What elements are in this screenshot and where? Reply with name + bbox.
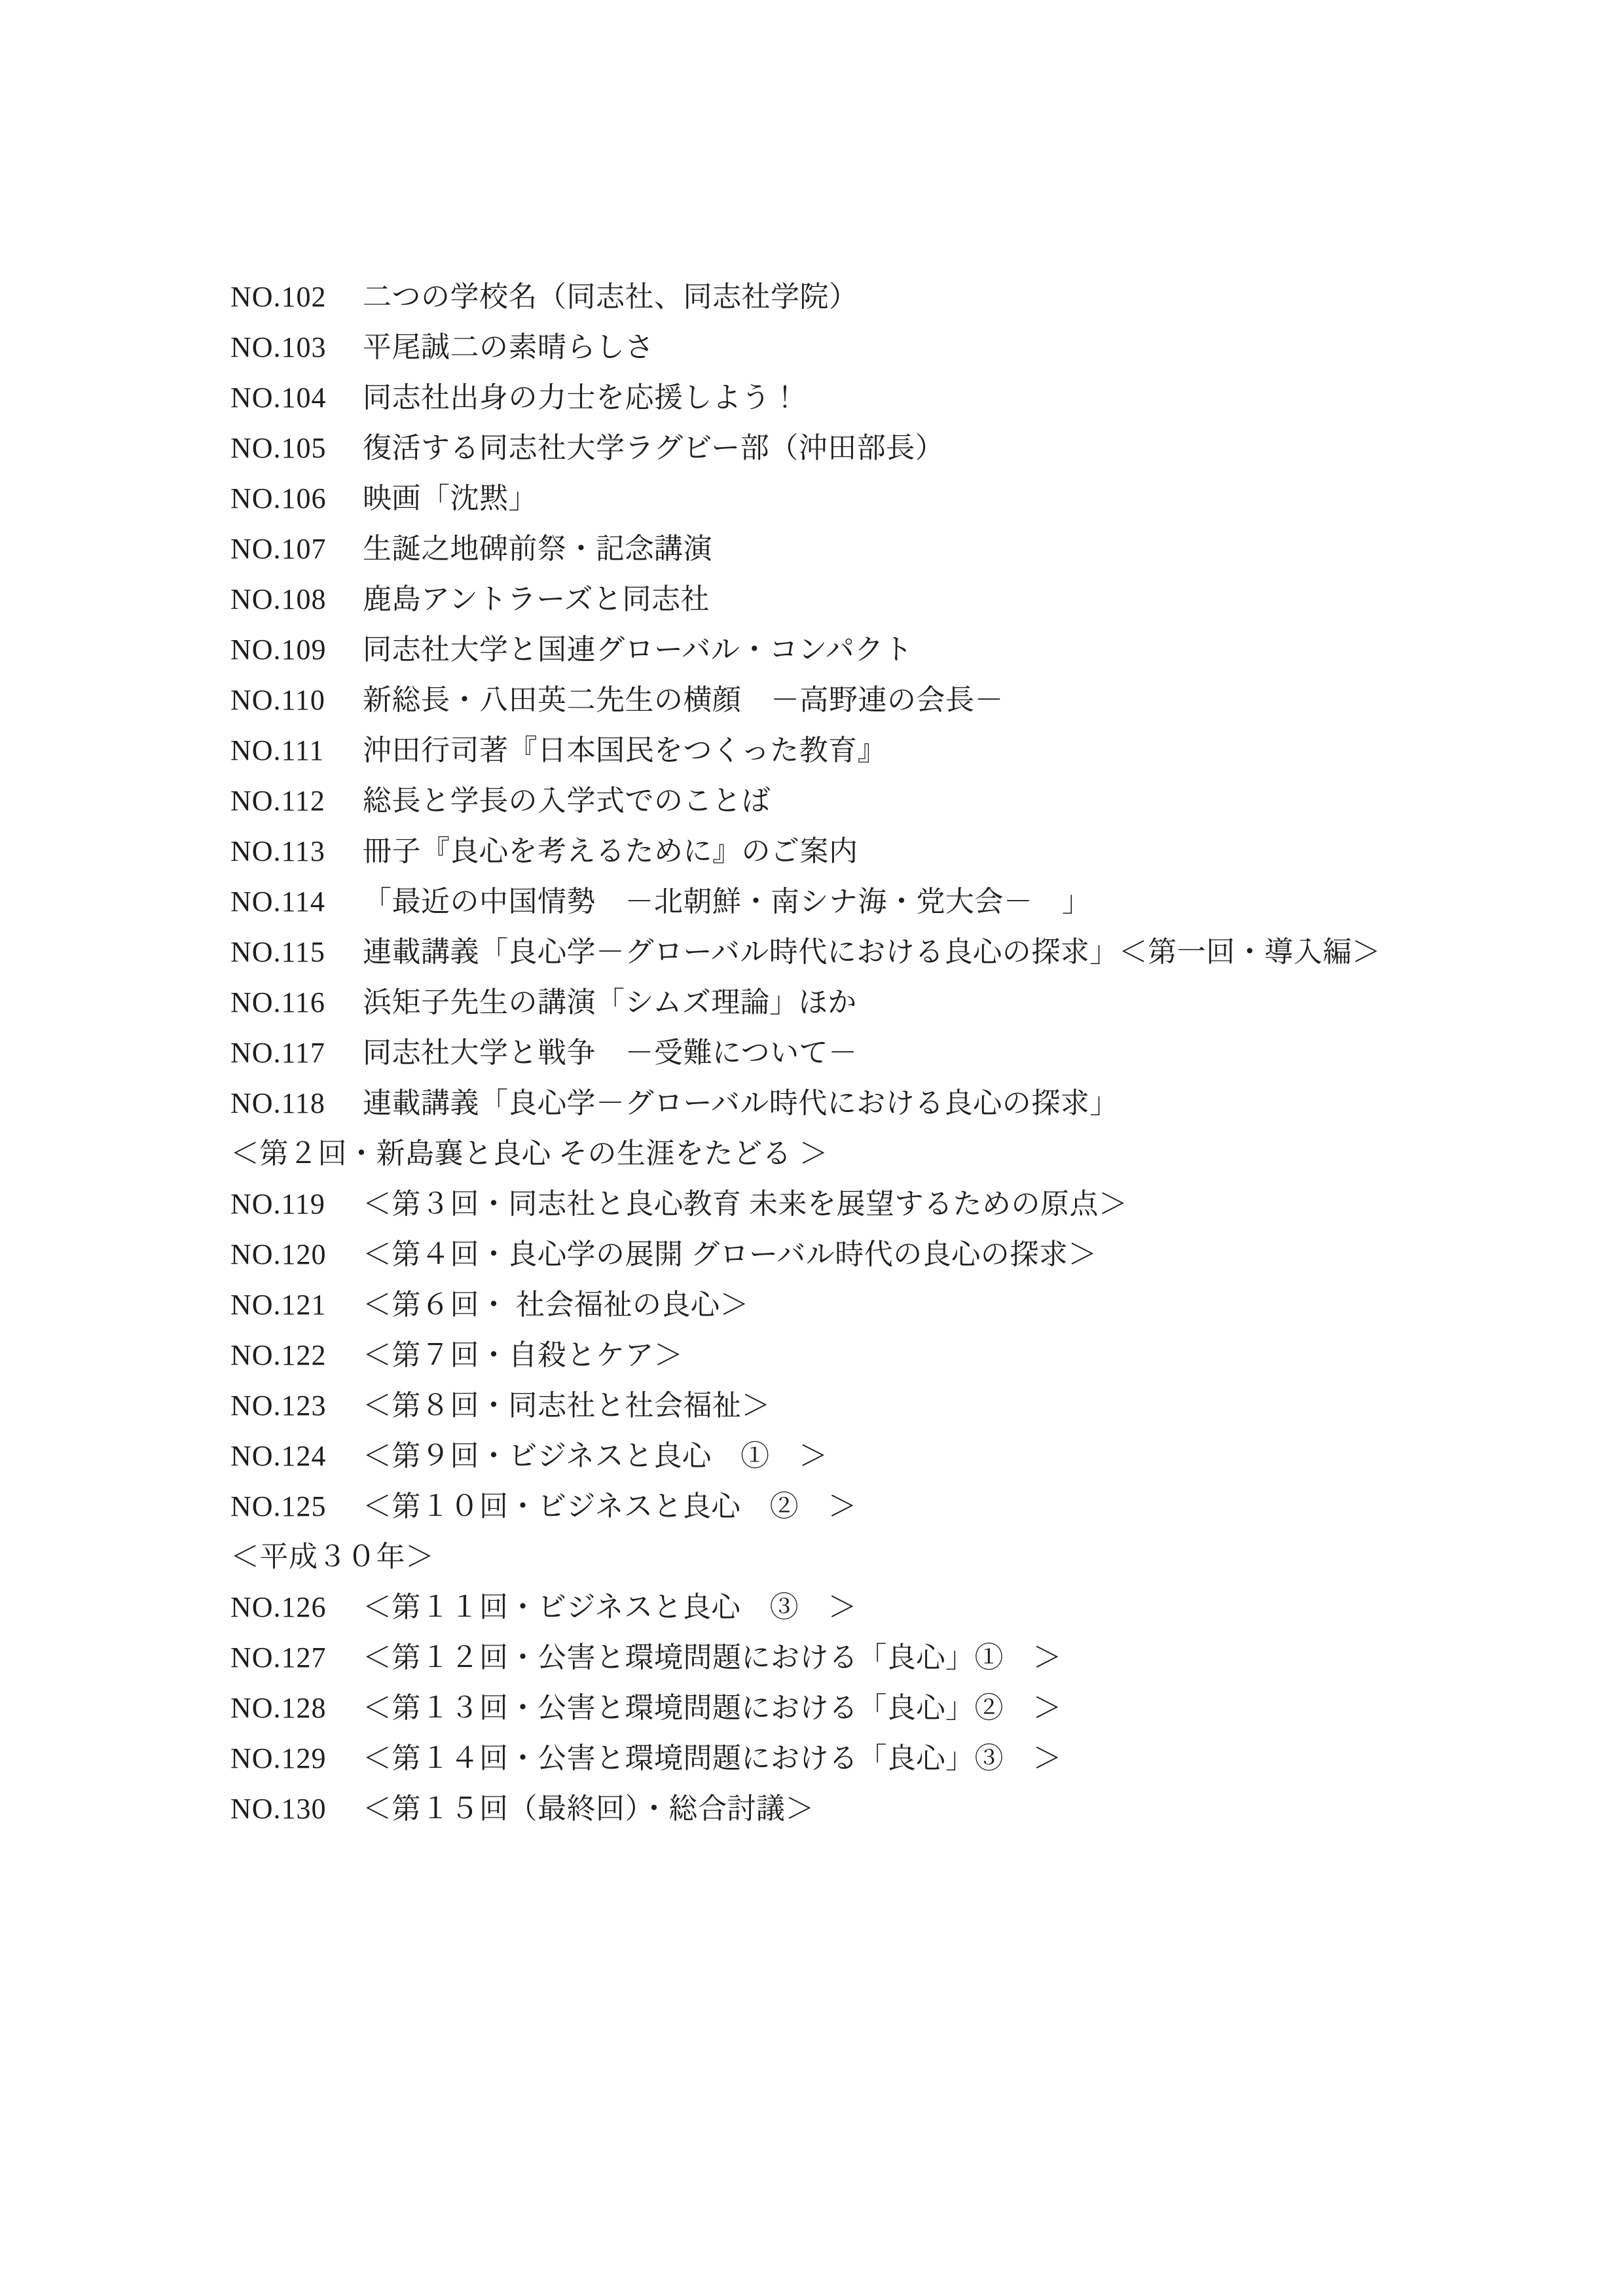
toc-row: NO.126 ＜第１１回・ビジネスと良心 ③ ＞ <box>230 1582 1544 1632</box>
item-title: 浜矩子先生の講演「シムズ理論」ほか <box>363 977 857 1028</box>
toc-row: ＜第２回・新島襄と良心 その生涯をたどる ＞ <box>230 1128 1544 1179</box>
item-title: ＜第１３回・公害と環境問題における「良心」② ＞ <box>363 1683 1062 1733</box>
document-page: NO.102 二つの学校名（同志社、同志社学院） NO.103 平尾誠二の素晴ら… <box>0 0 1623 2296</box>
item-title: ＜第８回・同志社と社会福祉＞ <box>363 1380 771 1431</box>
toc-row: NO.123 ＜第８回・同志社と社会福祉＞ <box>230 1380 1544 1431</box>
item-title: 「最近の中国情勢 －北朝鮮・南シナ海・党大会－ 」 <box>363 876 1091 927</box>
item-number: NO.117 <box>230 1028 363 1078</box>
item-title: ＜第６回・ 社会福祉の良心＞ <box>363 1280 749 1330</box>
item-title: ＜平成３０年＞ <box>230 1532 435 1582</box>
item-title: 連載講義「良心学－グローバル時代における良心の探求」 <box>363 1078 1119 1128</box>
item-title: 生誕之地碑前祭・記念講演 <box>363 524 712 574</box>
item-number: NO.103 <box>230 322 363 372</box>
item-number: NO.114 <box>230 876 363 927</box>
item-number: NO.128 <box>230 1683 363 1733</box>
item-title: ＜第１４回・公害と環境問題における「良心」③ ＞ <box>363 1733 1062 1784</box>
item-title: 同志社出身の力士を応援しよう！ <box>363 372 800 423</box>
item-title: ＜第４回・良心学の展開 グローバル時代の良心の探求＞ <box>363 1229 1097 1280</box>
toc-row: NO.128 ＜第１３回・公害と環境問題における「良心」② ＞ <box>230 1683 1544 1733</box>
item-title: ＜第１０回・ビジネスと良心 ② ＞ <box>363 1481 857 1532</box>
item-title: 鹿島アントラーズと同志社 <box>363 574 710 624</box>
item-number: NO.112 <box>230 776 363 826</box>
toc-row: NO.119 ＜第３回・同志社と良心教育 未来を展望するための原点＞ <box>230 1179 1544 1229</box>
item-number: NO.119 <box>230 1179 363 1229</box>
toc-row: NO.108 鹿島アントラーズと同志社 <box>230 574 1544 624</box>
item-number: NO.126 <box>230 1582 363 1632</box>
item-number: NO.110 <box>230 675 363 725</box>
toc-row: NO.130 ＜第１５回（最終回）・総合討議＞ <box>230 1784 1544 1834</box>
item-number: NO.129 <box>230 1733 363 1784</box>
item-title: 新総長・八田英二先生の横顔 －高野連の会長－ <box>363 675 1004 725</box>
toc-row: NO.115 連載講義「良心学－グローバル時代における良心の探求」＜第一回・導入… <box>230 927 1544 977</box>
toc-row: NO.114 「最近の中国情勢 －北朝鮮・南シナ海・党大会－ 」 <box>230 876 1544 927</box>
item-title: ＜第７回・自殺とケア＞ <box>363 1330 684 1380</box>
item-title: 平尾誠二の素晴らしさ <box>363 322 654 372</box>
toc-row: NO.124 ＜第９回・ビジネスと良心 ① ＞ <box>230 1431 1544 1481</box>
item-title: ＜第３回・同志社と良心教育 未来を展望するための原点＞ <box>363 1179 1128 1229</box>
item-title: ＜第２回・新島襄と良心 その生涯をたどる ＞ <box>230 1128 828 1179</box>
item-number: NO.113 <box>230 826 363 876</box>
toc-row: NO.110 新総長・八田英二先生の横顔 －高野連の会長－ <box>230 675 1544 725</box>
toc-row: ＜平成３０年＞ <box>230 1532 1544 1582</box>
toc-row: NO.103 平尾誠二の素晴らしさ <box>230 322 1544 372</box>
item-number: NO.124 <box>230 1431 363 1481</box>
toc-row: NO.109 同志社大学と国連グローバル・コンパクト <box>230 624 1544 675</box>
item-title: 同志社大学と戦争 －受難について－ <box>363 1028 858 1078</box>
toc-row: NO.127 ＜第１２回・公害と環境問題における「良心」① ＞ <box>230 1632 1544 1683</box>
item-number: NO.127 <box>230 1632 363 1683</box>
toc-row: NO.107 生誕之地碑前祭・記念講演 <box>230 524 1544 574</box>
item-number: NO.108 <box>230 574 363 624</box>
toc-row: NO.105 復活する同志社大学ラグビー部（沖田部長） <box>230 423 1544 473</box>
toc-row: NO.113 冊子『良心を考えるために』のご案内 <box>230 826 1544 876</box>
item-number: NO.122 <box>230 1330 363 1380</box>
toc-row: NO.106 映画「沈黙」 <box>230 473 1544 524</box>
item-title: ＜第１２回・公害と環境問題における「良心」① ＞ <box>363 1632 1062 1683</box>
item-number: NO.115 <box>230 927 363 977</box>
item-title: 冊子『良心を考えるために』のご案内 <box>363 826 858 876</box>
item-title: ＜第１５回（最終回）・総合討議＞ <box>363 1784 814 1834</box>
item-number: NO.106 <box>230 473 363 524</box>
item-number: NO.107 <box>230 524 363 574</box>
toc-list: NO.102 二つの学校名（同志社、同志社学院） NO.103 平尾誠二の素晴ら… <box>230 272 1544 1834</box>
toc-row: NO.129 ＜第１４回・公害と環境問題における「良心」③ ＞ <box>230 1733 1544 1784</box>
item-title: 連載講義「良心学－グローバル時代における良心の探求」＜第一回・導入編＞ <box>363 927 1381 977</box>
toc-row: NO.104 同志社出身の力士を応援しよう！ <box>230 372 1544 423</box>
item-number: NO.111 <box>230 725 363 776</box>
item-title: 総長と学長の入学式でのことば <box>363 776 771 826</box>
item-number: NO.125 <box>230 1481 363 1532</box>
item-number: NO.123 <box>230 1380 363 1431</box>
toc-row: NO.117 同志社大学と戦争 －受難について－ <box>230 1028 1544 1078</box>
item-title: 映画「沈黙」 <box>363 473 538 524</box>
toc-row: NO.102 二つの学校名（同志社、同志社学院） <box>230 272 1544 322</box>
item-title: 二つの学校名（同志社、同志社学院） <box>363 272 858 322</box>
toc-row: NO.122 ＜第７回・自殺とケア＞ <box>230 1330 1544 1380</box>
item-number: NO.130 <box>230 1784 363 1834</box>
item-number: NO.109 <box>230 624 363 675</box>
toc-row: NO.111 沖田行司著『日本国民をつくった教育』 <box>230 725 1544 776</box>
item-title: ＜第１１回・ビジネスと良心 ③ ＞ <box>363 1582 857 1632</box>
toc-row: NO.120 ＜第４回・良心学の展開 グローバル時代の良心の探求＞ <box>230 1229 1544 1280</box>
item-title: 沖田行司著『日本国民をつくった教育』 <box>363 725 886 776</box>
toc-row: NO.121 ＜第６回・ 社会福祉の良心＞ <box>230 1280 1544 1330</box>
toc-row: NO.112 総長と学長の入学式でのことば <box>230 776 1544 826</box>
item-title: 復活する同志社大学ラグビー部（沖田部長） <box>363 423 944 473</box>
item-number: NO.104 <box>230 372 363 423</box>
item-number: NO.116 <box>230 977 363 1028</box>
item-number: NO.118 <box>230 1078 363 1128</box>
item-title: 同志社大学と国連グローバル・コンパクト <box>363 624 913 675</box>
toc-row: NO.125 ＜第１０回・ビジネスと良心 ② ＞ <box>230 1481 1544 1532</box>
toc-row: NO.116 浜矩子先生の講演「シムズ理論」ほか <box>230 977 1544 1028</box>
item-number: NO.102 <box>230 272 363 322</box>
item-number: NO.120 <box>230 1229 363 1280</box>
item-number: NO.121 <box>230 1280 363 1330</box>
toc-row: NO.118 連載講義「良心学－グローバル時代における良心の探求」 <box>230 1078 1544 1128</box>
item-number: NO.105 <box>230 423 363 473</box>
item-title: ＜第９回・ビジネスと良心 ① ＞ <box>363 1431 828 1481</box>
